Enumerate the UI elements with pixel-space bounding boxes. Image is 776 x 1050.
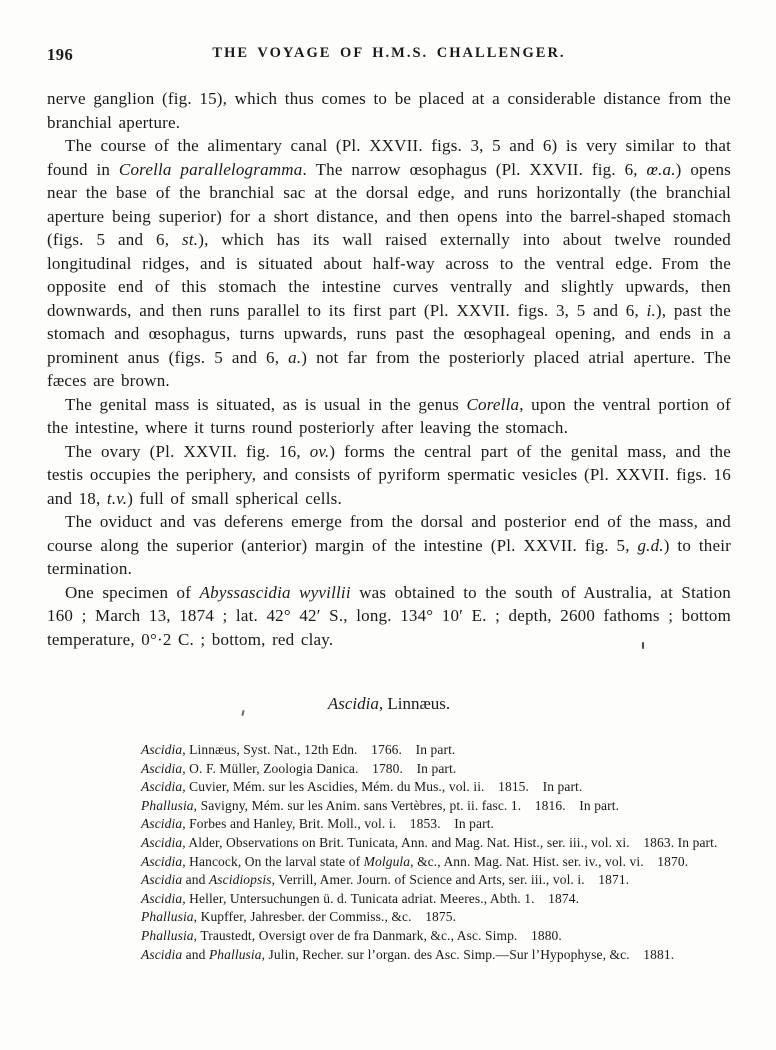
synonymy-list: Ascidia, Linnæus, Syst. Nat., 12th Edn. … <box>141 741 735 964</box>
paragraph: The course of the alimentary canal (Pl. … <box>47 134 731 393</box>
running-title: THE VOYAGE OF H.M.S. CHALLENGER. <box>47 45 731 62</box>
synonymy-entry: Ascidia, Cuvier, Mém. sur les Ascidies, … <box>141 778 735 797</box>
synonymy-entry: Ascidia, Alder, Observations on Brit. Tu… <box>141 834 735 853</box>
page-header: 196 THE VOYAGE OF H.M.S. CHALLENGER. <box>47 45 731 65</box>
synonymy-entry: Ascidia, Linnæus, Syst. Nat., 12th Edn. … <box>141 741 735 760</box>
synonymy-entry: Phallusia, Traustedt, Oversigt over de f… <box>141 927 735 946</box>
paragraph: The ovary (Pl. XXVII. fig. 16, ov.) form… <box>47 440 731 511</box>
synonymy-entry: Ascidia, O. F. Müller, Zoologia Danica. … <box>141 760 735 779</box>
synonymy-entry: Ascidia and Phallusia, Julin, Recher. su… <box>141 946 735 965</box>
page-number: 196 <box>47 45 73 65</box>
paragraph: nerve ganglion (fig. 15), which thus com… <box>47 87 731 134</box>
synonymy-entry: Phallusia, Kupffer, Jahresber. der Commi… <box>141 908 735 927</box>
book-page: 196 THE VOYAGE OF H.M.S. CHALLENGER. ner… <box>0 0 776 1050</box>
section-heading: Ascidia, Linnæus. <box>47 694 731 714</box>
scan-speck <box>642 642 644 649</box>
synonymy-entry: Ascidia and Ascidiopsis, Verrill, Amer. … <box>141 871 735 890</box>
synonymy-entry: Ascidia, Hancock, On the larval state of… <box>141 853 735 872</box>
synonymy-entry: Phallusia, Savigny, Mém. sur les Anim. s… <box>141 797 735 816</box>
synonymy-entry: Ascidia, Heller, Untersuchungen ü. d. Tu… <box>141 890 735 909</box>
body-text-block: nerve ganglion (fig. 15), which thus com… <box>47 87 731 651</box>
synonymy-entry: Ascidia, Forbes and Hanley, Brit. Moll.,… <box>141 815 735 834</box>
paragraph: The oviduct and vas deferens emerge from… <box>47 510 731 581</box>
paragraph: The genital mass is situated, as is usua… <box>47 393 731 440</box>
paragraph: One specimen of Abyssascidia wyvillii wa… <box>47 581 731 652</box>
